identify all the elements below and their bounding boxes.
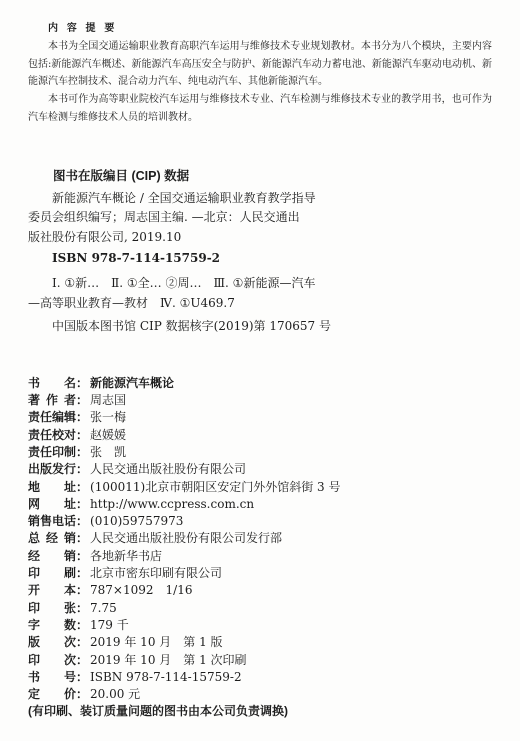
colophon-label: 书号 bbox=[28, 669, 76, 686]
colophon-label: 开本 bbox=[28, 582, 76, 599]
colophon-label: 印张 bbox=[28, 600, 76, 617]
colophon-value: 2019 年 10 月 第 1 版 bbox=[90, 635, 223, 649]
summary-title: 内 容 提 要 bbox=[28, 20, 492, 38]
cip-classification: Ⅰ. ①新… Ⅱ. ①全… ②周… Ⅲ. ①新能源—汽车 —高等职业教育—教材 … bbox=[28, 273, 492, 313]
colophon-label: 责任校对 bbox=[28, 427, 76, 444]
colophon-value: 周志国 bbox=[90, 393, 126, 407]
colophon-label: 字数 bbox=[28, 617, 76, 634]
colophon-colon: ： bbox=[76, 428, 88, 442]
cip-section: 图书在版编目 (CIP) 数据 新能源汽车概论 / 全国交通运输职业教育教学指导… bbox=[28, 166, 492, 336]
colophon-value: 赵媛媛 bbox=[90, 428, 126, 442]
colophon-value: 179 千 bbox=[90, 618, 129, 632]
colophon-row: 著作者：周志国 bbox=[28, 392, 492, 409]
colophon-value: 张 凯 bbox=[90, 445, 126, 459]
colophon-label: 印次 bbox=[28, 652, 76, 669]
cip-classification-line: Ⅰ. ①新… Ⅱ. ①全… ②周… Ⅲ. ①新能源—汽车 bbox=[28, 273, 492, 293]
colophon-colon: ： bbox=[76, 549, 88, 563]
colophon-value: 2019 年 10 月 第 1 次印刷 bbox=[90, 653, 247, 667]
cip-classification-line: —高等职业教育—教材 Ⅳ. ①U469.7 bbox=[28, 293, 492, 313]
colophon-value: 张一梅 bbox=[90, 410, 126, 424]
colophon-row: 责任编辑：张一梅 bbox=[28, 409, 492, 426]
colophon-label: 著作者 bbox=[28, 392, 76, 409]
colophon-label: 销售电话 bbox=[28, 513, 76, 530]
cip-heading: 图书在版编目 (CIP) 数据 bbox=[28, 166, 492, 184]
colophon-value: 北京市密东印刷有限公司 bbox=[90, 566, 222, 580]
summary-paragraph: 本书可作为高等职业院校汽车运用与维修技术专业、汽车检测与维修技术专业的教学用书，… bbox=[28, 91, 492, 127]
colophon-colon: ： bbox=[76, 583, 88, 597]
colophon-label: 版次 bbox=[28, 634, 76, 651]
colophon-value: 各地新华书店 bbox=[90, 549, 162, 563]
colophon-row: 责任校对：赵媛媛 bbox=[28, 427, 492, 444]
colophon-value: 7.75 bbox=[90, 601, 117, 615]
colophon-colon: ： bbox=[76, 410, 88, 424]
colophon-colon: ： bbox=[76, 653, 88, 667]
colophon-colon: ： bbox=[76, 462, 88, 476]
colophon-row: 字数：179 千 bbox=[28, 617, 492, 634]
summary-paragraph: 本书为全国交通运输职业教育高职汽车运用与维修技术专业规划教材。本书分为八个模块，… bbox=[28, 38, 492, 91]
colophon-row: 开本：787×1092 1/16 bbox=[28, 582, 492, 599]
colophon-row: 印刷：北京市密东印刷有限公司 bbox=[28, 565, 492, 582]
colophon-row: 书名：新能源汽车概论 bbox=[28, 375, 492, 392]
colophon-row: 印次：2019 年 10 月 第 1 次印刷 bbox=[28, 652, 492, 669]
colophon-value: ISBN 978-7-114-15759-2 bbox=[90, 670, 242, 684]
colophon-value: (010)59757973 bbox=[90, 514, 183, 528]
colophon-row: 书号：ISBN 978-7-114-15759-2 bbox=[28, 669, 492, 686]
colophon-colon: ： bbox=[76, 480, 88, 494]
colophon-value: (100011)北京市朝阳区安定门外外馆斜街 3 号 bbox=[90, 480, 340, 494]
colophon-row: 印张：7.75 bbox=[28, 600, 492, 617]
colophon-row: 经销：各地新华书店 bbox=[28, 548, 492, 565]
copyright-page: 内 容 提 要 本书为全国交通运输职业教育高职汽车运用与维修技术专业规划教材。本… bbox=[0, 0, 520, 741]
colophon-row: 地址：(100011)北京市朝阳区安定门外外馆斜街 3 号 bbox=[28, 479, 492, 496]
colophon-colon: ： bbox=[76, 376, 88, 390]
colophon-row: 销售电话：(010)59757973 bbox=[28, 513, 492, 530]
colophon-row: 出版发行：人民交通出版社股份有限公司 bbox=[28, 461, 492, 478]
colophon-label: 网址 bbox=[28, 496, 76, 513]
quality-note: (有印刷、装订质量问题的图书由本公司负责调换) bbox=[28, 703, 492, 720]
colophon-value: 20.00 元 bbox=[90, 687, 140, 701]
colophon-label: 责任编辑 bbox=[28, 409, 76, 426]
colophon-colon: ： bbox=[76, 531, 88, 545]
cip-record-number: 中国版本图书馆 CIP 数据核字(2019)第 170657 号 bbox=[28, 316, 492, 336]
colophon-colon: ： bbox=[76, 601, 88, 615]
colophon-label: 出版发行 bbox=[28, 461, 76, 478]
colophon-colon: ： bbox=[76, 566, 88, 580]
cip-description: 新能源汽车概论 / 全国交通运输职业教育教学指导 委员会组织编写；周志国主编. … bbox=[28, 189, 492, 248]
cip-description-line: 委员会组织编写；周志国主编. —北京：人民交通出 bbox=[28, 208, 492, 228]
colophon-colon: ： bbox=[76, 670, 88, 684]
colophon-label: 地址 bbox=[28, 479, 76, 496]
colophon-colon: ： bbox=[76, 393, 88, 407]
colophon-row: 定价：20.00 元 bbox=[28, 686, 492, 703]
colophon-section: 书名：新能源汽车概论 著作者：周志国 责任编辑：张一梅 责任校对：赵媛媛 责任印… bbox=[28, 375, 492, 721]
colophon-colon: ： bbox=[76, 618, 88, 632]
content-summary-section: 内 容 提 要 本书为全国交通运输职业教育高职汽车运用与维修技术专业规划教材。本… bbox=[28, 20, 492, 127]
colophon-value: 787×1092 1/16 bbox=[90, 583, 192, 597]
colophon-label: 经销 bbox=[28, 548, 76, 565]
colophon-label: 责任印制 bbox=[28, 444, 76, 461]
colophon-colon: ： bbox=[76, 635, 88, 649]
cip-description-line: 版社股份有限公司, 2019.10 bbox=[28, 228, 492, 248]
cip-description-line: 新能源汽车概论 / 全国交通运输职业教育教学指导 bbox=[28, 189, 492, 209]
colophon-value: http://www.ccpress.com.cn bbox=[90, 497, 254, 511]
cip-isbn: ISBN 978-7-114-15759-2 bbox=[28, 249, 492, 269]
colophon-label: 书名 bbox=[28, 375, 76, 392]
colophon-value: 新能源汽车概论 bbox=[90, 376, 174, 390]
colophon-value: 人民交通出版社股份有限公司 bbox=[90, 462, 246, 476]
colophon-colon: ： bbox=[76, 445, 88, 459]
colophon-label: 定价 bbox=[28, 686, 76, 703]
colophon-row: 网址：http://www.ccpress.com.cn bbox=[28, 496, 492, 513]
colophon-colon: ： bbox=[76, 514, 88, 528]
colophon-label: 总经销 bbox=[28, 530, 76, 547]
colophon-row: 总经销：人民交通出版社股份有限公司发行部 bbox=[28, 530, 492, 547]
colophon-row: 责任印制：张 凯 bbox=[28, 444, 492, 461]
colophon-label: 印刷 bbox=[28, 565, 76, 582]
colophon-colon: ： bbox=[76, 687, 88, 701]
colophon-colon: ： bbox=[76, 497, 88, 511]
colophon-row: 版次：2019 年 10 月 第 1 版 bbox=[28, 634, 492, 651]
colophon-value: 人民交通出版社股份有限公司发行部 bbox=[90, 531, 282, 545]
